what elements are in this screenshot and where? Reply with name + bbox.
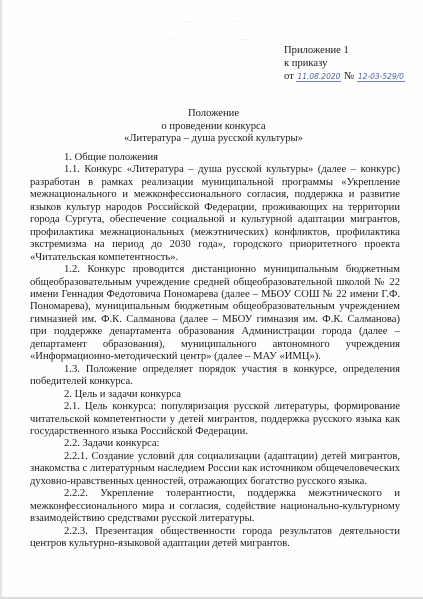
appendix-header: Приложение 1 к приказу от 11.08.2020 № 1… [284, 44, 405, 83]
paragraph-2-2-2: 2.2.2. Укрепление толерантности, поддерж… [30, 488, 400, 525]
paragraph-2-1: 2.1. Цель конкурса: популяризация русско… [30, 401, 400, 438]
bleed-through-mark: ~ [172, 38, 175, 43]
title-line-3: «Литература – душа русской культуры» [2, 133, 423, 146]
document-body: 1. Общие положения 1.1. Конкурс «Литерат… [30, 152, 400, 551]
document-title: Положение о проведении конкурса «Литерат… [2, 108, 423, 146]
scanned-document-page: ~~~ ~~ ~ ~~ Приложение 1 к приказу от 11… [0, 0, 423, 599]
paragraph-2-2: 2.2. Задачи конкурса: [30, 438, 400, 450]
paragraph-2-2-3: 2.2.3. Презентация общественности города… [30, 526, 400, 551]
order-date-number-line: от 11.08.2020 № 12-03-529/0 [284, 70, 405, 83]
appendix-label: Приложение 1 [284, 44, 405, 57]
date-prefix: от [284, 71, 294, 82]
section-2-heading: 2. Цель и задачи конкурса [30, 389, 400, 401]
title-line-2: о проведении конкурса [2, 121, 423, 134]
paragraph-1-3: 1.3. Положение определяет порядок участи… [30, 364, 400, 389]
title-line-1: Положение [2, 108, 423, 121]
paragraph-1-2: 1.2. Конкурс проводится дистанционно мун… [30, 264, 400, 364]
handwritten-date: 11.08.2020 [296, 72, 341, 82]
section-1-heading: 1. Общие положения [30, 152, 400, 164]
bleed-through-mark: ~~ [230, 20, 236, 25]
paragraph-1-1: 1.1. Конкурс «Литература – душа русской … [30, 164, 400, 264]
paragraph-2-2-1: 2.2.1. Создание условий для социализации… [30, 451, 400, 488]
number-sign: № [344, 71, 354, 82]
bleed-through-mark: ~~ [242, 38, 248, 43]
handwritten-order-number: 12-03-529/0 [357, 72, 405, 82]
order-label: к приказу [284, 57, 405, 70]
bleed-through-mark: ~~~ [185, 20, 195, 25]
